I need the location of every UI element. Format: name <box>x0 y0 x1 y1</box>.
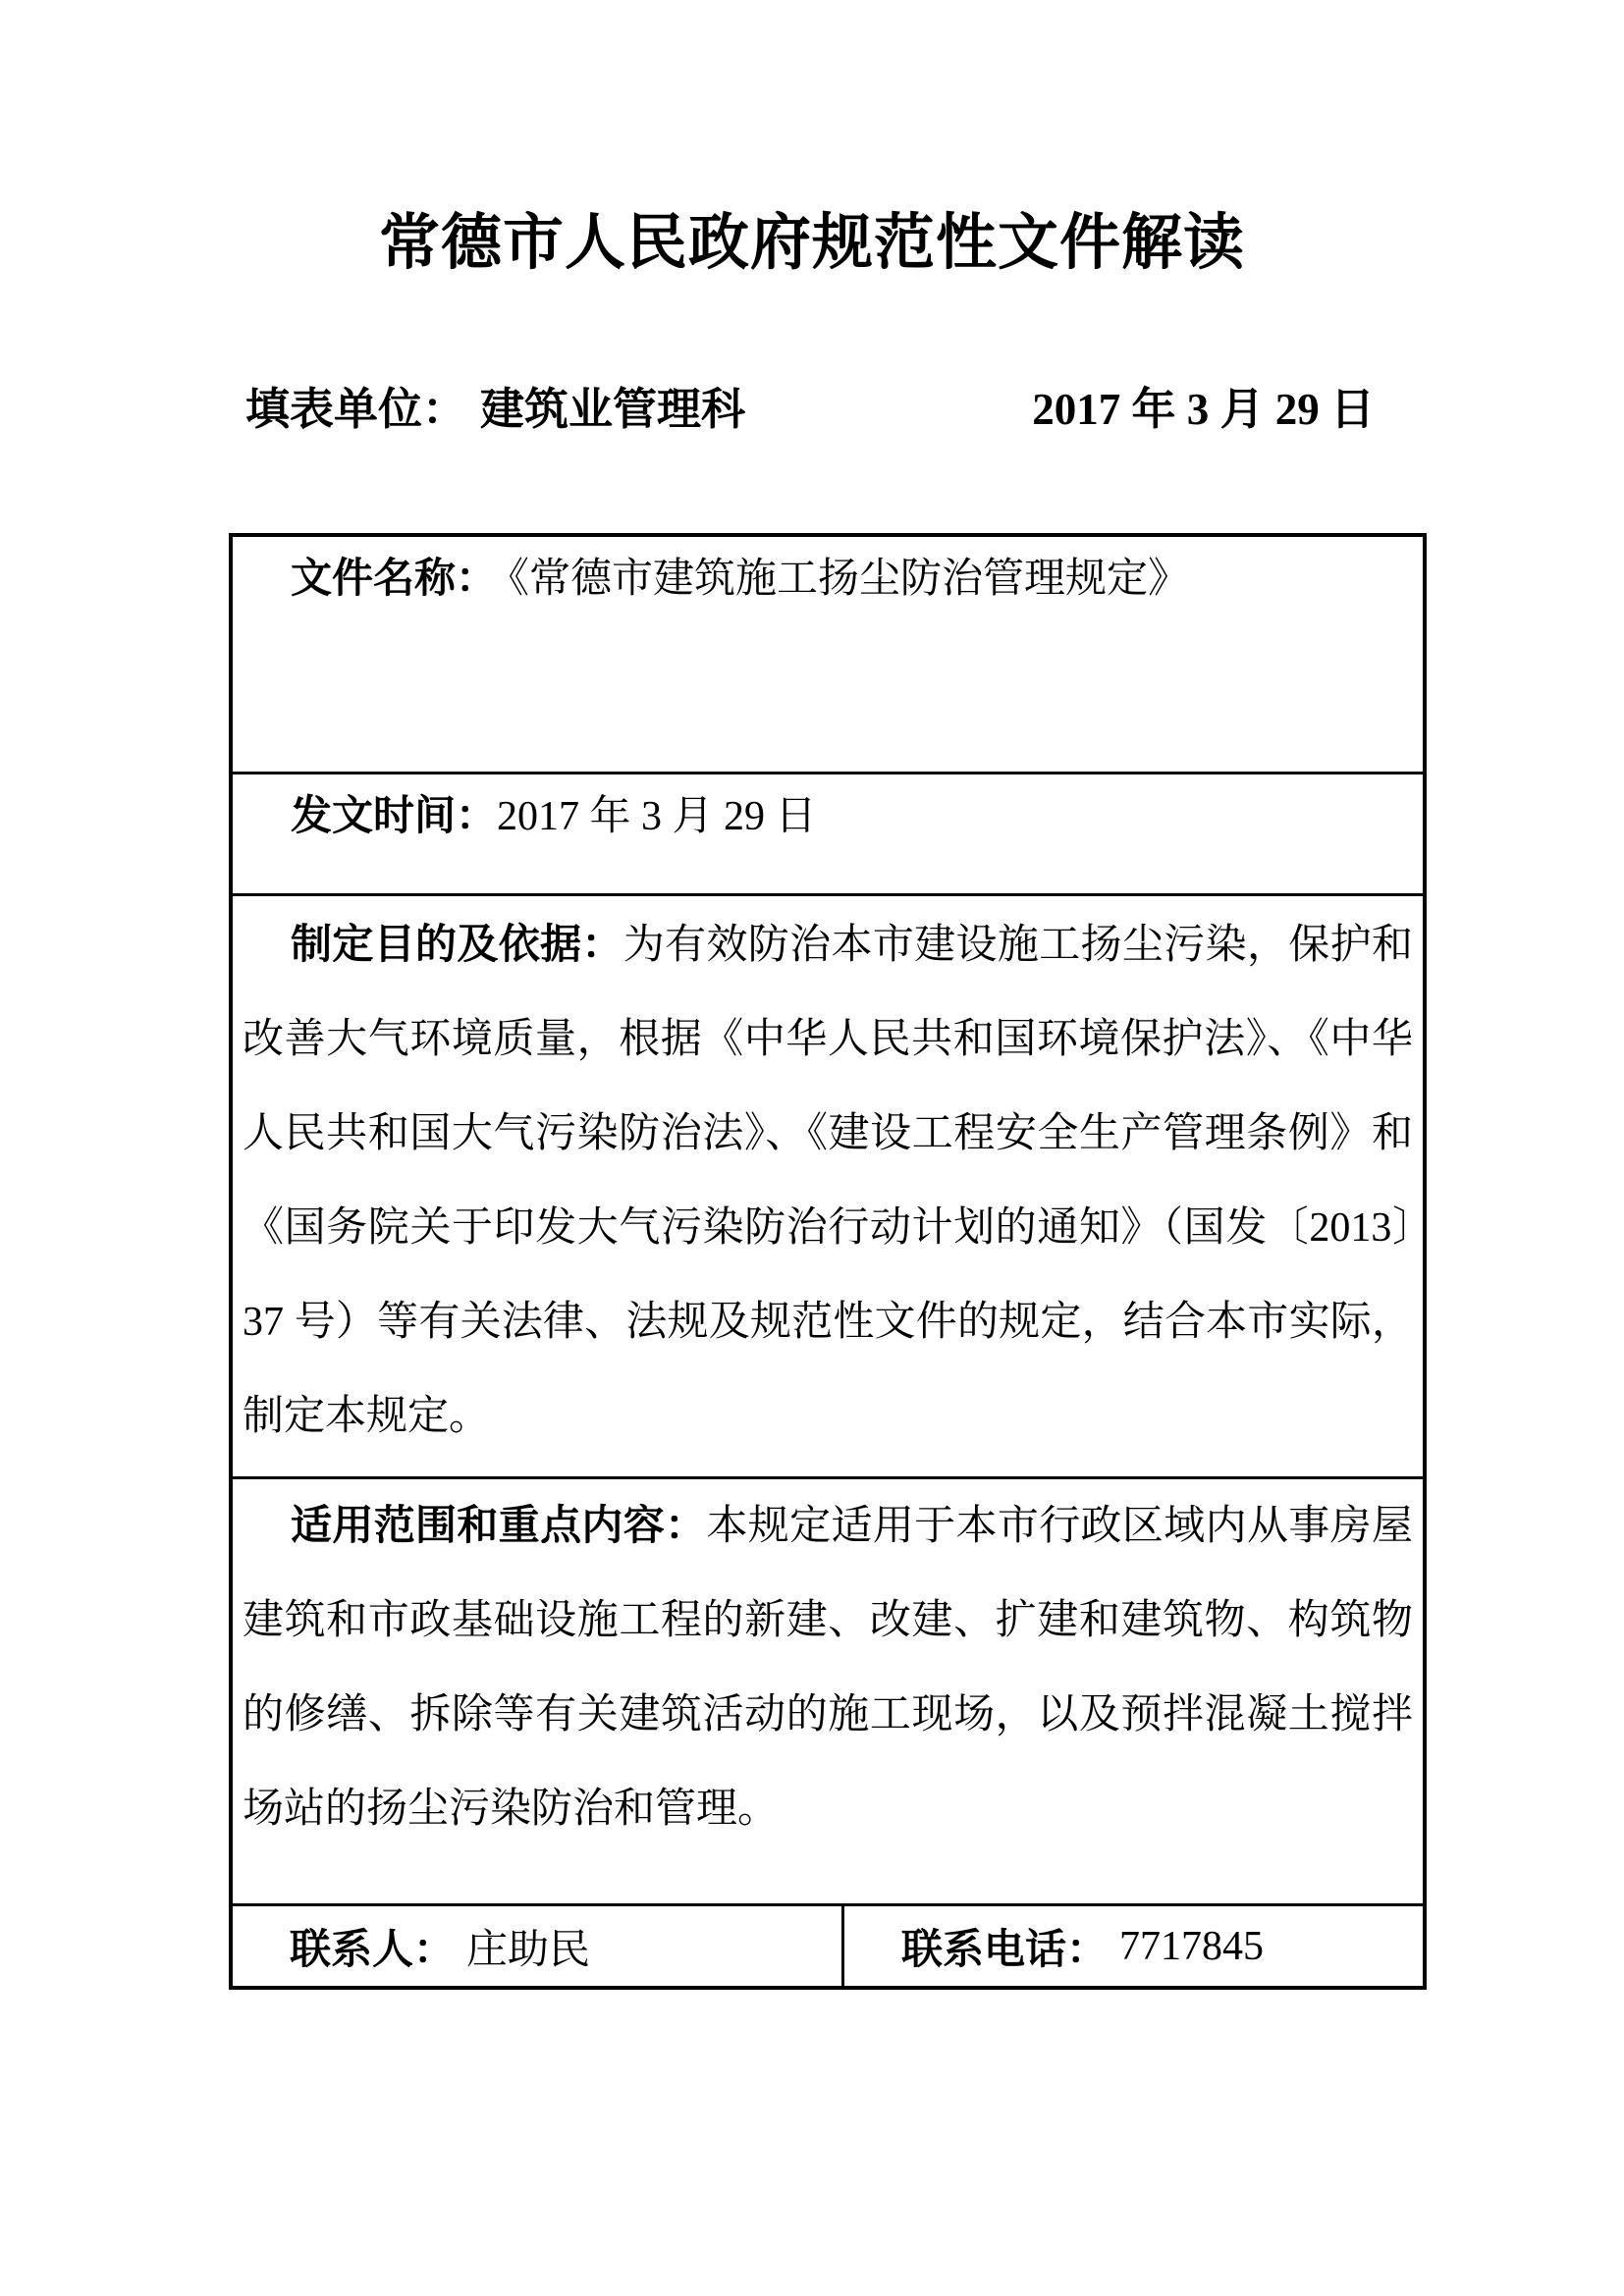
scope-content-value: 本规定适用于本市行政区域内从事房屋建筑和市政基础设施工程的新建、改建、扩建和建筑… <box>243 1504 1413 1832</box>
issue-date-value: 2017 年 3 月 29 日 <box>497 794 817 839</box>
issue-date-paragraph: 发文时间：2017 年 3 月 29 日 <box>243 774 1413 850</box>
issue-date-label: 发文时间： <box>291 794 497 839</box>
contact-person-value: 庄助民 <box>466 1917 590 1976</box>
scope-content-paragraph: 适用范围和重点内容：本规定适用于本市行政区域内从事房屋建筑和市政基础设施工程的新… <box>243 1479 1413 1856</box>
file-name-paragraph: 文件名称：《常德市建筑施工扬尘防治管理规定》 <box>243 537 1413 613</box>
form-fill-date: 2017 年 3 月 29 日 <box>1032 385 1375 434</box>
purpose-basis-value: 为有效防治本市建设施工扬尘污染，保护和改善大气环境质量，根据《中华人民共和国环境… <box>243 923 1413 1439</box>
document-title: 常德市人民政府规范性文件解读 <box>0 206 1624 281</box>
form-unit: 填表单位：建筑业管理科 <box>245 385 745 434</box>
purpose-basis-label: 制定目的及依据： <box>291 923 623 968</box>
table-row-scope-content: 适用范围和重点内容：本规定适用于本市行政区域内从事房屋建筑和市政基础设施工程的新… <box>233 1476 1423 1903</box>
form-unit-value: 建筑业管理科 <box>480 385 745 434</box>
contact-phone-value: 7717845 <box>1119 1923 1264 1970</box>
form-meta-row: 填表单位：建筑业管理科 2017 年 3 月 29 日 <box>245 385 1375 434</box>
contact-person-cell: 联系人：庄助民 <box>233 1906 841 1986</box>
scope-content-label: 适用范围和重点内容： <box>291 1504 706 1549</box>
document-info-table: 文件名称：《常德市建筑施工扬尘防治管理规定》 发文时间：2017 年 3 月 2… <box>229 533 1427 1990</box>
table-row-issue-date: 发文时间：2017 年 3 月 29 日 <box>233 772 1423 893</box>
table-row-purpose-basis: 制定目的及依据：为有效防治本市建设施工扬尘污染，保护和改善大气环境质量，根据《中… <box>233 893 1423 1476</box>
file-name-value: 《常德市建筑施工扬尘防治管理规定》 <box>509 557 1189 602</box>
contact-person-label: 联系人： <box>290 1917 455 1976</box>
table-row-contact: 联系人：庄助民 联系电话：7717845 <box>233 1903 1423 1986</box>
contact-phone-cell: 联系电话：7717845 <box>841 1906 1423 1986</box>
purpose-basis-paragraph: 制定目的及依据：为有效防治本市建设施工扬尘污染，保护和改善大气环境质量，根据《中… <box>243 896 1413 1464</box>
contact-phone-label: 联系电话： <box>901 1917 1108 1976</box>
table-row-file-name: 文件名称：《常德市建筑施工扬尘防治管理规定》 <box>233 537 1423 772</box>
form-unit-label: 填表单位： <box>245 385 466 434</box>
file-name-label: 文件名称： <box>291 557 497 602</box>
document-page: 常德市人民政府规范性文件解读 填表单位：建筑业管理科 2017 年 3 月 29… <box>0 0 1624 2296</box>
